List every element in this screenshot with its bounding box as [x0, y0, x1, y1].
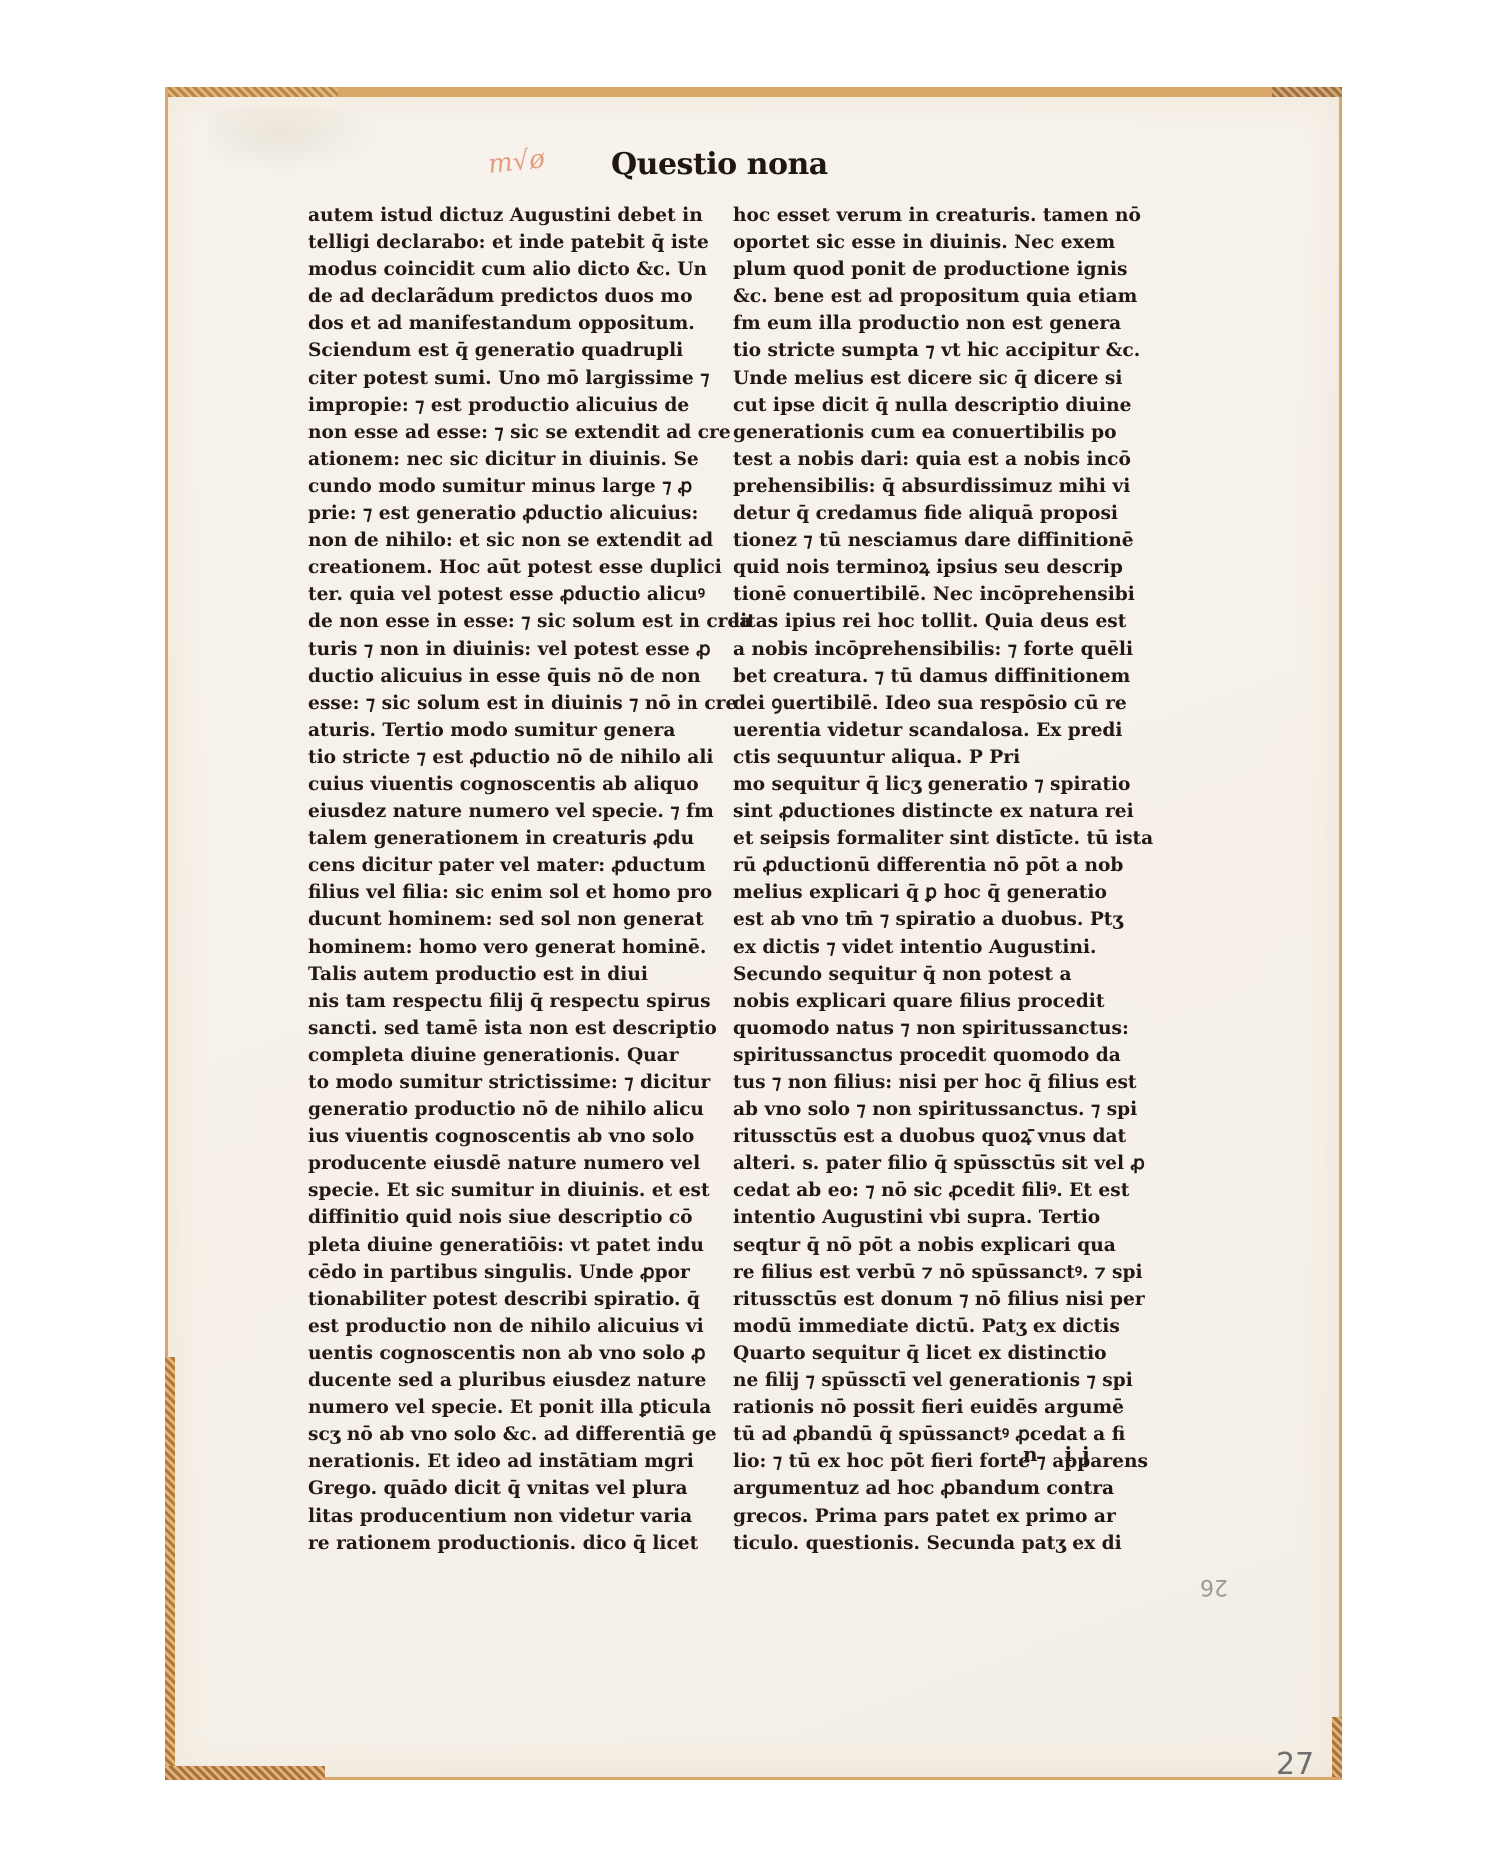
- text-line: sint ꝓductiones distincte ex natura rei: [733, 798, 1143, 825]
- text-line: non de nihilo: et sic non se extendit ad: [308, 527, 718, 554]
- text-line: cens dicitur pater vel mater: ꝓductum: [308, 852, 718, 879]
- text-line: ritussctūs est donum ⁊ nō filius nisi pe…: [733, 1286, 1143, 1313]
- text-line: tionez ⁊ tū nesciamus dare diffinitionē: [733, 527, 1143, 554]
- binding-strip-right: [1332, 1717, 1342, 1777]
- text-line: grecos. Prima pars patet ex primo ar: [733, 1503, 1143, 1530]
- text-line: alteri. s. pater filio q̄ spūssctūs sit …: [733, 1150, 1143, 1177]
- text-line: uerentia videtur scandalosa. Ex predi: [733, 717, 1143, 744]
- text-line: &c. bene est ad propositum quia etiam: [733, 283, 1143, 310]
- text-line: tio stricte ⁊ est ꝓductio nō de nihilo a…: [308, 744, 718, 771]
- text-line: talem generationem in creaturis ꝓdu: [308, 825, 718, 852]
- text-line: Quarto sequitur q̄ licet ex distinctio: [733, 1340, 1143, 1367]
- text-line: ationem: nec sic dicitur in diuinis. Se: [308, 446, 718, 473]
- text-line: modū immediate dictū. Patʒ ex dictis: [733, 1313, 1143, 1340]
- text-line: cundo modo sumitur minus large ⁊ ꝓ: [308, 473, 718, 500]
- text-line: ducunt hominem: sed sol non generat: [308, 906, 718, 933]
- text-line: generatio productio nō de nihilo alicu: [308, 1096, 718, 1123]
- text-line: litas producentium non videtur varia: [308, 1503, 718, 1530]
- text-line: autem istud dictuz Augustini debet in: [308, 202, 718, 229]
- text-line: to modo sumitur strictissime: ⁊ dicitur: [308, 1069, 718, 1096]
- text-line: mo sequitur q̄ licʒ generatio ⁊ spiratio: [733, 771, 1143, 798]
- text-line: seqtur q̄ nō pōt a nobis explicari qua: [733, 1232, 1143, 1259]
- text-line: prie: ⁊ est generatio ꝓductio alicuius:: [308, 500, 718, 527]
- text-line: est ab vno tm̄ ⁊ spiratio a duobus. Ptʒ: [733, 906, 1143, 933]
- text-line: melius explicari q̄ ꝑ hoc q̄ generatio: [733, 879, 1143, 906]
- text-line: ctis sequuntur aliqua. P Pri: [733, 744, 1143, 771]
- frayed-edge-top-right: [1272, 87, 1342, 97]
- text-line: ritussctūs est a duobus quoꝝ̄ vnus dat: [733, 1123, 1143, 1150]
- text-line: uentis cognoscentis non ab vno solo ꝓ: [308, 1340, 718, 1367]
- text-line: eiusdez nature numero vel specie. ⁊ fm: [308, 798, 718, 825]
- text-line: ius viuentis cognoscentis ab vno solo: [308, 1123, 718, 1150]
- text-line: tionabiliter potest describi spiratio. q…: [308, 1286, 718, 1313]
- water-stain: [208, 107, 388, 177]
- text-line: diffinitio quid nois siue descriptio cō: [308, 1204, 718, 1231]
- text-line: fm eum illa productio non est genera: [733, 310, 1143, 337]
- text-line: dos et ad manifestandum oppositum.: [308, 310, 718, 337]
- text-line: ticulo. questionis. Secunda patʒ ex di: [733, 1530, 1143, 1557]
- text-line: completa diuine generationis. Quar: [308, 1042, 718, 1069]
- text-line: litas ipius rei hoc tollit. Quia deus es…: [733, 608, 1143, 635]
- text-line: ducente sed a pluribus eiusdez nature: [308, 1367, 718, 1394]
- text-line: re rationem productionis. dico q̄ licet: [308, 1530, 718, 1557]
- text-line: nerationis. Et ideo ad instātiam mgri: [308, 1448, 718, 1475]
- text-line: tionē conuertibilē. Nec incōprehensibi: [733, 581, 1143, 608]
- text-line: intentio Augustini vbi supra. Tertio: [733, 1204, 1143, 1231]
- text-line: hominem: homo vero generat hominē.: [308, 934, 718, 961]
- text-line: producente eiusdē nature numero vel: [308, 1150, 718, 1177]
- text-line: Sciendum est q̄ generatio quadrupli: [308, 337, 718, 364]
- text-line: detur q̄ credamus fide aliquā proposi: [733, 500, 1143, 527]
- text-line: dei ꝯuertibilē. Ideo sua respōsio cū re: [733, 690, 1143, 717]
- text-line: Talis autem productio est in diui: [308, 961, 718, 988]
- text-line: ne filij ⁊ spūssctī vel generationis ⁊ s…: [733, 1367, 1143, 1394]
- text-line: pleta diuine generatiōis: vt patet indu: [308, 1232, 718, 1259]
- text-line: cut ipse dicit q̄ nulla descriptio diuin…: [733, 392, 1143, 419]
- text-line: hoc esset verum in creaturis. tamen nō: [733, 202, 1143, 229]
- text-line: quid nois terminoꝝ ipsius seu descrip: [733, 554, 1143, 581]
- text-line: bet creatura. ⁊ tū damus diffinitionem: [733, 663, 1143, 690]
- page-header-title: Questio nona: [611, 147, 828, 182]
- text-line: Unde melius est dicere sic q̄ dicere si: [733, 365, 1143, 392]
- text-line: re filius est verbū ⁊ nō spūssanctꝰ. ⁊ s…: [733, 1259, 1143, 1286]
- text-line: turis ⁊ non in diuinis: vel potest esse …: [308, 636, 718, 663]
- red-marginal-annotation: m√ø: [487, 144, 547, 180]
- text-line: et seipsis formaliter sint distīcte. tū …: [733, 825, 1143, 852]
- text-line: impropie: ⁊ est productio alicuius de: [308, 392, 718, 419]
- text-line: Grego. quādo dicit q̄ vnitas vel plura: [308, 1475, 718, 1502]
- text-line: test a nobis dari: quia est a nobis incō: [733, 446, 1143, 473]
- text-line: esse: ⁊ sic solum est in diuinis ⁊ nō in…: [308, 690, 718, 717]
- text-line: generationis cum ea conuertibilis po: [733, 419, 1143, 446]
- text-line: a nobis incōprehensibilis: ⁊ forte quēli: [733, 636, 1143, 663]
- text-line: sancti. sed tamē ista non est descriptio: [308, 1015, 718, 1042]
- text-line: de non esse in esse: ⁊ sic solum est in …: [308, 608, 718, 635]
- text-line: cedat ab eo: ⁊ nō sic ꝓcedit filiꝰ. Et e…: [733, 1177, 1143, 1204]
- book-page: m√ø Questio nona autem istud dictuz Augu…: [165, 87, 1342, 1780]
- text-line: Secundo sequitur q̄ non potest a: [733, 961, 1143, 988]
- text-line: prehensibilis: q̄ absurdissimuz mihi vi: [733, 473, 1143, 500]
- text-line: tus ⁊ non filius: nisi per hoc q̄ filius…: [733, 1069, 1143, 1096]
- text-column-right: hoc esset verum in creaturis. tamen nōop…: [733, 202, 1143, 1557]
- text-line: est productio non de nihilo alicuius vi: [308, 1313, 718, 1340]
- text-line: filius vel filia: sic enim sol et homo p…: [308, 879, 718, 906]
- pencil-folio-mark-lower: 27: [1276, 1747, 1314, 1782]
- text-line: quomodo natus ⁊ non spiritussanctus:: [733, 1015, 1143, 1042]
- text-line: non esse ad esse: ⁊ sic se extendit ad c…: [308, 419, 718, 446]
- text-line: ex dictis ⁊ videt intentio Augustini.: [733, 934, 1143, 961]
- text-line: numero vel specie. Et ponit illa ꝑticula: [308, 1394, 718, 1421]
- text-line: cēdo in partibus singulis. Unde ꝓpor: [308, 1259, 718, 1286]
- text-line: nis tam respectu filij q̄ respectu spiru…: [308, 988, 718, 1015]
- text-column-left: autem istud dictuz Augustini debet intel…: [308, 202, 718, 1557]
- text-line: specie. Et sic sumitur in diuinis. et es…: [308, 1177, 718, 1204]
- binding-strip-bottom: [165, 1766, 325, 1780]
- pencil-folio-mark-upper: 26: [1200, 1574, 1228, 1599]
- text-line: rationis nō possit fieri euidēs argumē: [733, 1394, 1143, 1421]
- text-line: nobis explicari quare filius procedit: [733, 988, 1143, 1015]
- text-line: de ad declarãdum predictos duos mo: [308, 283, 718, 310]
- text-line: ab vno solo ⁊ non spiritussanctus. ⁊ spi: [733, 1096, 1143, 1123]
- text-line: scʒ nō ab vno solo &c. ad differentiā ge: [308, 1421, 718, 1448]
- frayed-edge-top-left: [168, 87, 338, 97]
- text-line: ter. quia vel potest esse ꝓductio alicuꝰ: [308, 581, 718, 608]
- text-line: tio stricte sumpta ⁊ vt hic accipitur &c…: [733, 337, 1143, 364]
- text-line: cuius viuentis cognoscentis ab aliquo: [308, 771, 718, 798]
- text-line: creationem. Hoc aūt potest esse duplici: [308, 554, 718, 581]
- text-line: spiritussanctus procedit quomodo da: [733, 1042, 1143, 1069]
- binding-strip-left: [165, 1357, 175, 1777]
- text-line: rū ꝓductionū differentia nō pōt a nob: [733, 852, 1143, 879]
- text-line: argumentuz ad hoc ꝓbandum contra: [733, 1475, 1143, 1502]
- text-line: telligi declarabo: et inde patebit q̄ is…: [308, 229, 718, 256]
- signature-mark: n ij: [1023, 1442, 1099, 1466]
- text-line: ductio alicuius in esse q̄uis nō de non: [308, 663, 718, 690]
- text-line: plum quod ponit de productione ignis: [733, 256, 1143, 283]
- text-line: citer potest sumi. Uno mō largissime ⁊: [308, 365, 718, 392]
- text-line: aturis. Tertio modo sumitur genera: [308, 717, 718, 744]
- text-line: oportet sic esse in diuinis. Nec exem: [733, 229, 1143, 256]
- text-line: modus coincidit cum alio dicto &c. Un: [308, 256, 718, 283]
